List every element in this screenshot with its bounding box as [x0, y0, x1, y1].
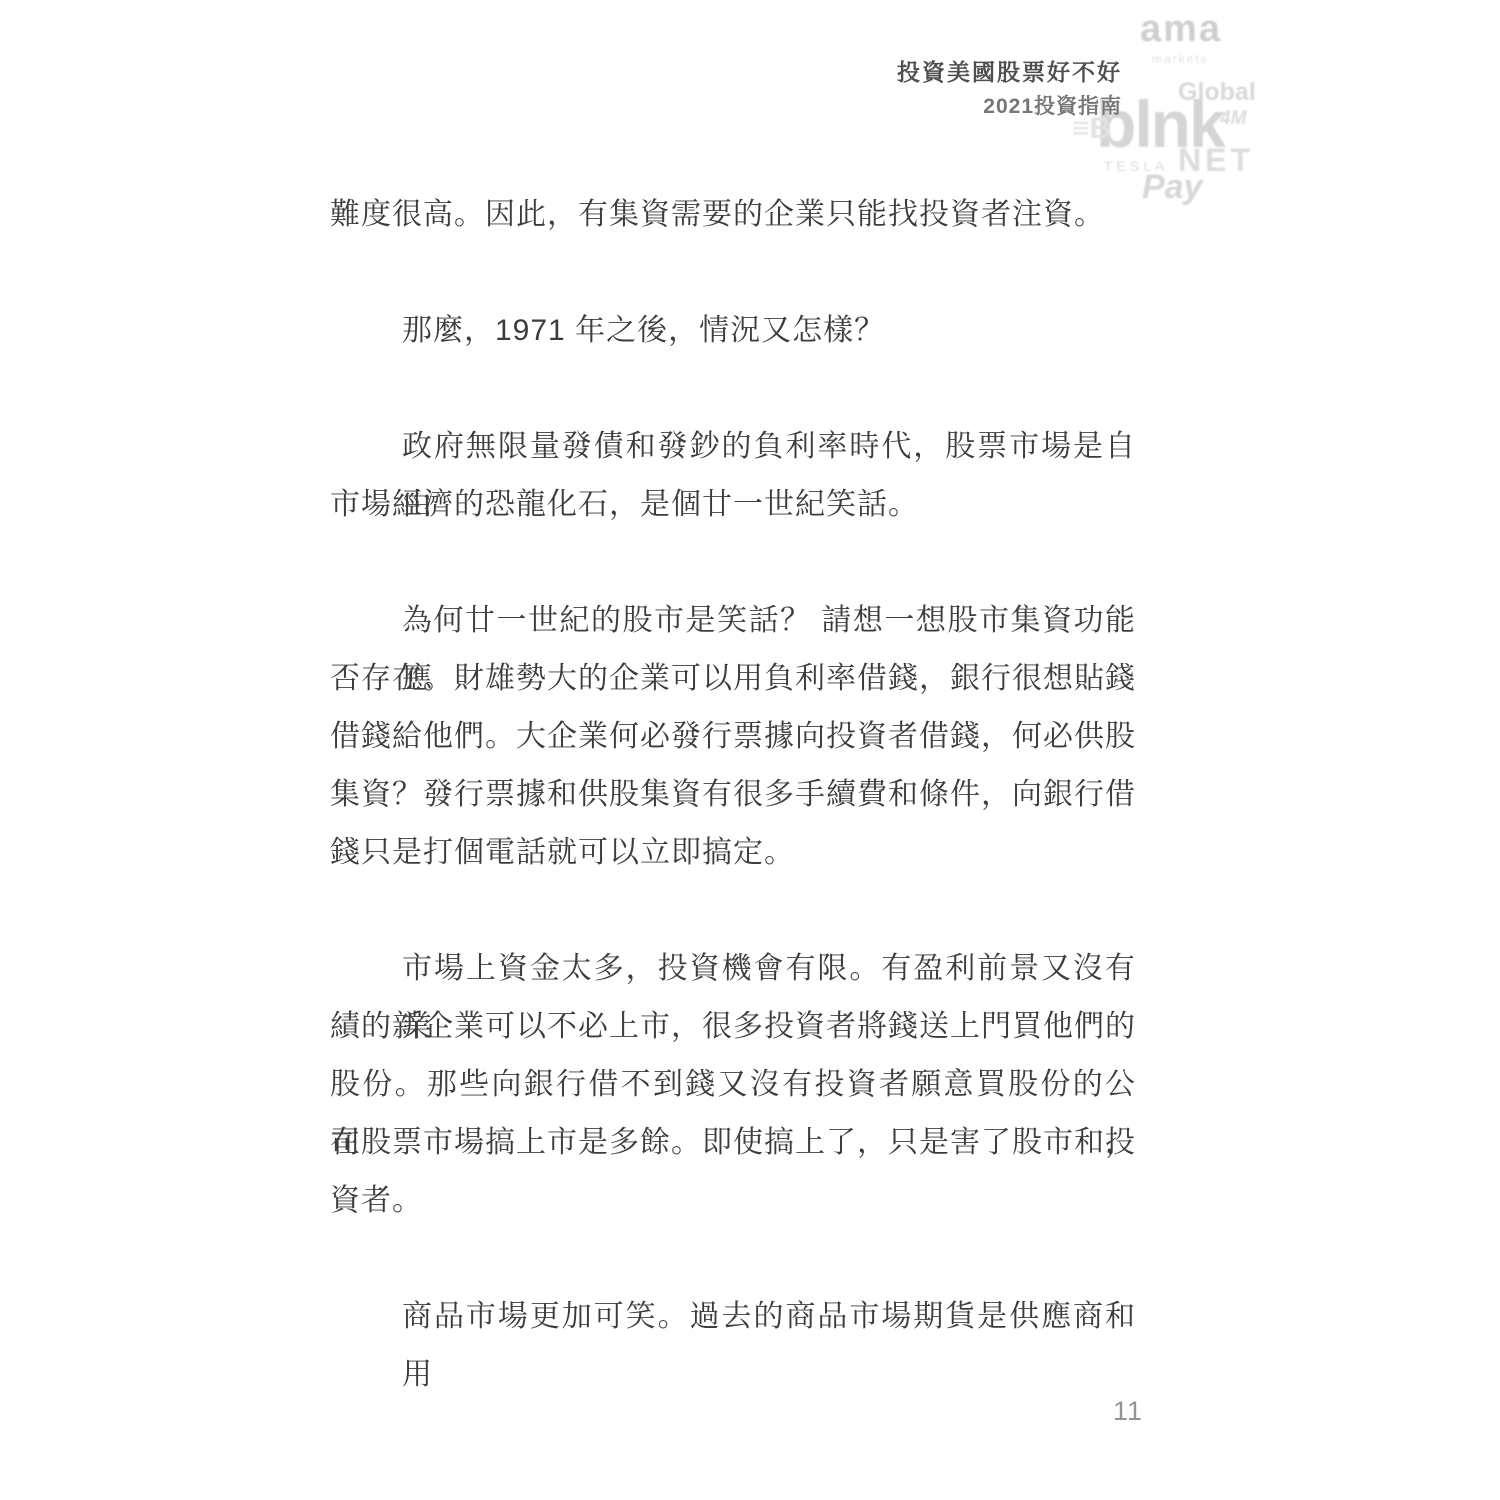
text-line: 否存在。財雄勢大的企業可以用負利率借錢，銀行很想貼錢 [330, 650, 1136, 708]
paragraph: 難度很高。因此，有集資需要的企業只能找投資者注資。 [330, 186, 1136, 244]
text-line: 市場經濟的恐龍化石，是個廿一世紀笑話。 [330, 476, 1136, 534]
page-body: 難度很高。因此，有集資需要的企業只能找投資者注資。那麼，1971 年之後，情況又… [330, 186, 1136, 1404]
global-logo-fragment: Global [1178, 78, 1256, 107]
text-line: 集資？發行票據和供股集資有很多手續費和條件，向銀行借 [330, 766, 1136, 824]
text-line: 商品市場更加可笑。過去的商品市場期貨是供應商和用 [330, 1288, 1136, 1346]
book-page: ama markets Global 4M blnk ≡B NET TESLA … [0, 0, 1500, 1500]
paragraph: 那麼，1971 年之後，情況又怎樣？ [330, 302, 1136, 360]
text-line: 股份。那些向銀行借不到錢又沒有投資者願意買股份的公司， [330, 1056, 1136, 1114]
paragraph: 商品市場更加可笑。過去的商品市場期貨是供應商和用 [330, 1288, 1136, 1346]
paragraph: 為何廿一世紀的股市是笑話？ 請想一想股市集資功能應否存在。財雄勢大的企業可以用負… [330, 592, 1136, 882]
paypal-logo-fragment: Pay [1142, 168, 1203, 207]
book-title: 投資美國股票好不好 [897, 56, 1122, 88]
text-line: 績的新企業可以不必上市，很多投資者將錢送上門買他們的 [330, 998, 1136, 1056]
paragraph: 市場上資金太多，投資機會有限。有盈利前景又沒有業績的新企業可以不必上市，很多投資… [330, 940, 1136, 1230]
text-line: 那麼，1971 年之後，情況又怎樣？ [330, 302, 1136, 360]
text-line: 錢只是打個電話就可以立即搞定。 [330, 824, 1136, 882]
net-logo-fragment: NET [1178, 142, 1254, 179]
text-line: 市場上資金太多，投資機會有限。有盈利前景又沒有業 [330, 940, 1136, 998]
markets-logo-fragment: markets [1152, 52, 1209, 66]
text-line: 借錢給他們。大企業何必發行票據向投資者借錢，何必供股 [330, 708, 1136, 766]
running-head: 投資美國股票好不好 2021投資指南 [897, 56, 1122, 122]
text-line: 難度很高。因此，有集資需要的企業只能找投資者注資。 [330, 186, 1136, 244]
text-line: 資者。 [330, 1172, 1136, 1230]
tesla-logo-fragment: TESLA [1104, 158, 1168, 174]
page-number: 11 [1113, 1396, 1143, 1427]
paragraph: 政府無限量發債和發鈔的負利率時代，股票市場是自由市場經濟的恐龍化石，是個廿一世紀… [330, 418, 1136, 534]
text-line: 在股票市場搞上市是多餘。即使搞上了，只是害了股市和投 [330, 1114, 1136, 1172]
4m-logo-fragment: 4M [1220, 108, 1246, 130]
amazon-logo-fragment: ama [1140, 8, 1222, 51]
text-line: 為何廿一世紀的股市是笑話？ 請想一想股市集資功能應 [330, 592, 1136, 650]
book-subtitle: 2021投資指南 [897, 92, 1122, 122]
text-line: 政府無限量發債和發鈔的負利率時代，股票市場是自由 [330, 418, 1136, 476]
